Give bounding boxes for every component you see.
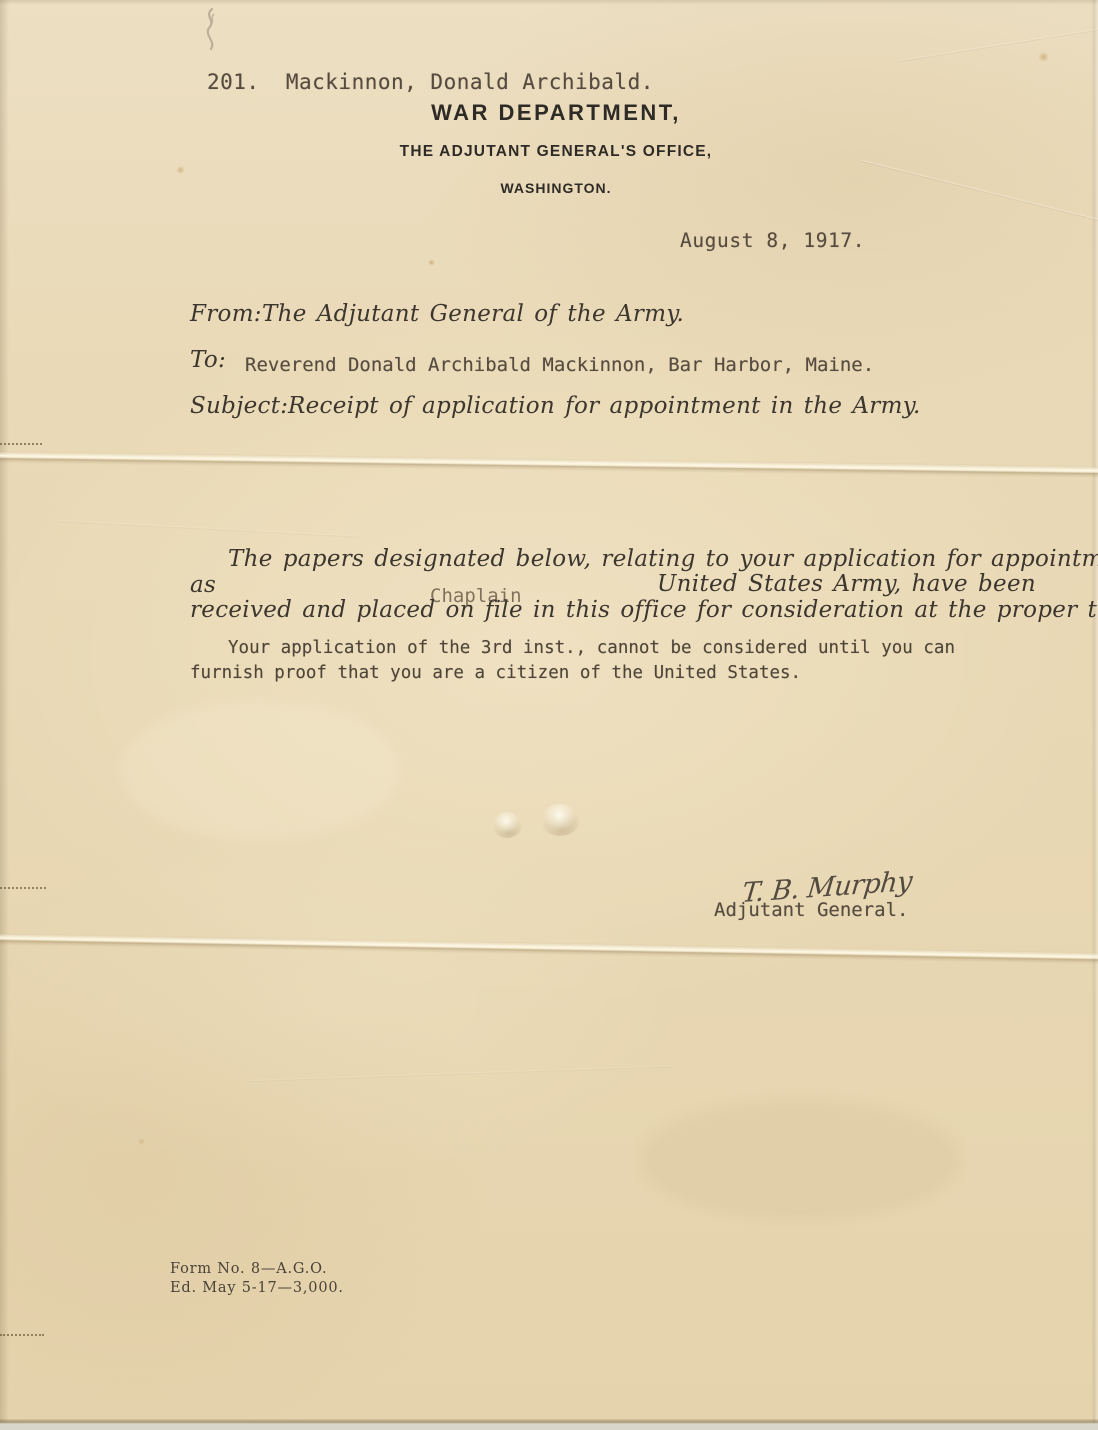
edition-note: Ed. May 5-17—3,000.	[170, 1280, 344, 1296]
signature-title: Adjutant General.	[714, 899, 908, 921]
to-value: Reverend Donald Archibald Mackinnon, Bar…	[245, 354, 874, 376]
washington-heading: WASHINGTON.	[14, 180, 1098, 196]
emboss-bump-right	[540, 804, 580, 836]
paper-shading	[640, 1100, 960, 1220]
from-value: The Adjutant General of the Army.	[262, 301, 684, 327]
emboss-bump-left	[492, 812, 522, 838]
fold-crease-upper	[0, 451, 1098, 478]
perforation-dots-middle	[0, 887, 46, 889]
body-p2-line2: furnish proof that you are a citizen of …	[190, 663, 801, 683]
body-p1-line2-right: United States Army, have been	[657, 571, 1036, 597]
wrinkle-line	[60, 520, 360, 538]
from-label: From:	[190, 301, 262, 327]
fox-spot	[1038, 52, 1049, 62]
wrinkle-line	[900, 27, 1098, 62]
body-p1-line3: received and placed on file in this offi…	[190, 597, 1098, 623]
body-p1-line1: The papers designated below, relating to…	[228, 546, 1098, 572]
to-label: To:	[190, 347, 226, 373]
pencil-mark	[192, 4, 232, 56]
form-number: Form No. 8—A.G.O.	[170, 1261, 327, 1277]
war-department-heading: WAR DEPARTMENT,	[14, 100, 1098, 126]
subject-label: Subject:	[190, 393, 288, 419]
wrinkle-line	[250, 1065, 670, 1082]
subject-value: Receipt of application for appointment i…	[288, 393, 921, 419]
paper-left-edge	[0, 0, 9, 1430]
perforation-dots-upper	[0, 443, 42, 445]
paper-top-edge	[0, 0, 1098, 5]
fold-crease-lower	[0, 933, 1098, 965]
adjutant-office-heading: THE ADJUTANT GENERAL'S OFFICE,	[14, 143, 1098, 161]
paper-bottom-edge	[0, 1419, 1098, 1430]
paper-shading	[120, 700, 400, 840]
paper-sheet: 201. Mackinnon, Donald Archibald. WAR DE…	[0, 0, 1098, 1430]
perforation-dots-lower	[0, 1334, 44, 1336]
date-line: August 8, 1917.	[680, 229, 865, 252]
fox-spot	[428, 259, 435, 266]
fox-spot	[176, 166, 185, 174]
body-p2-line1: Your application of the 3rd inst., canno…	[228, 638, 955, 658]
fox-spot	[138, 1138, 145, 1145]
paper-right-edge	[1091, 0, 1098, 1430]
file-reference-line: 201. Mackinnon, Donald Archibald.	[207, 70, 654, 94]
body-p1-line2-left: as	[190, 572, 216, 598]
